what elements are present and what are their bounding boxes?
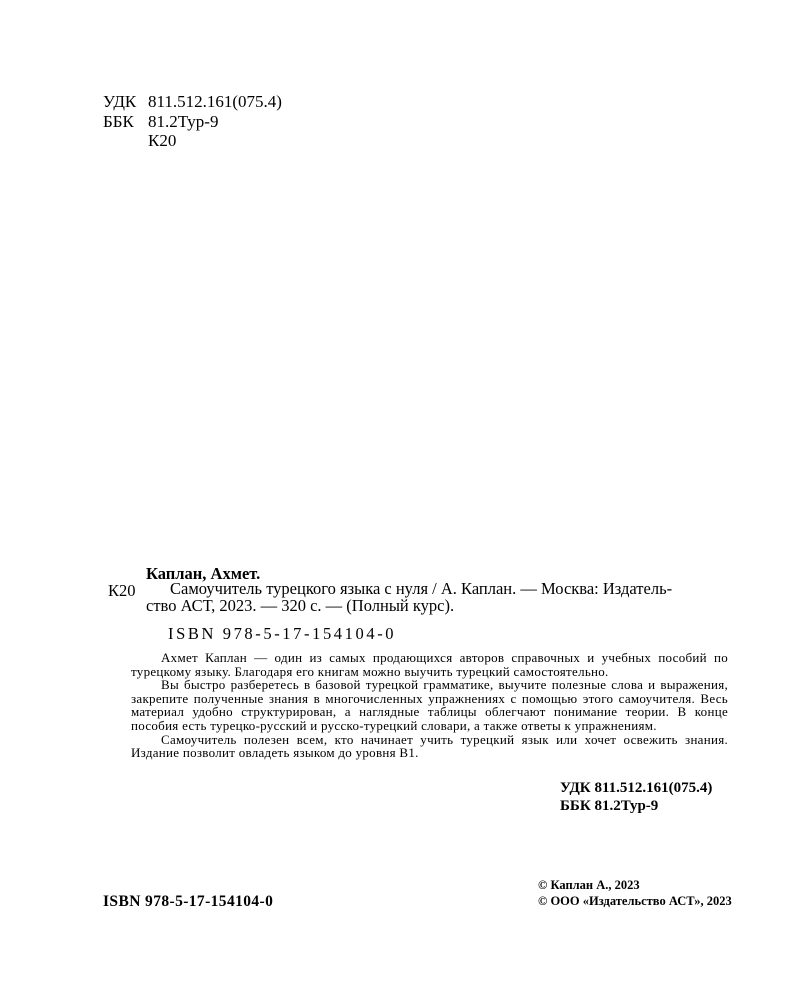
bbk-label: ББК (103, 112, 148, 132)
bbk-value: 81.2Тур-9 (148, 112, 218, 132)
copyright-author: © Каплан А., 2023 (538, 878, 732, 894)
udk-row: УДК 811.512.161(075.4) (103, 92, 282, 112)
author-sign-row: К20 (103, 131, 282, 151)
udk-label: УДК (103, 92, 148, 112)
udk-value: 811.512.161(075.4) (148, 92, 282, 112)
bbk-row: ББК 81.2Тур-9 (103, 112, 282, 132)
catalog-card-description: Самоучитель турецкого языка с нуля / А. … (146, 581, 730, 614)
annotation-paragraph-2: Вы быстро разберетесь в базовой турецкой… (131, 678, 728, 732)
footer-isbn: ISBN 978-5-17-154104-0 (103, 893, 273, 911)
annotation-block: Ахмет Каплан — один из самых продающихся… (131, 651, 728, 760)
bottom-classification-block: УДК 811.512.161(075.4) ББК 81.2Тур-9 (560, 780, 712, 815)
copyright-publisher: © ООО «Издательство АСТ», 2023 (538, 894, 732, 910)
book-imprint-page: УДК 811.512.161(075.4) ББК 81.2Тур-9 К20… (0, 0, 800, 1000)
annotation-paragraph-3: Самоучитель полезен всем, кто начинает у… (131, 733, 728, 760)
author-sign-spacer (103, 131, 148, 151)
top-classification-block: УДК 811.512.161(075.4) ББК 81.2Тур-9 К20 (103, 92, 282, 151)
bottom-udk: УДК 811.512.161(075.4) (560, 780, 712, 798)
author-sign: К20 (148, 131, 176, 151)
copyright-block: © Каплан А., 2023 © ООО «Издательство АС… (538, 878, 732, 909)
bottom-bbk: ББК 81.2Тур-9 (560, 798, 712, 816)
catalog-card-author-sign: К20 (108, 581, 136, 601)
annotation-paragraph-1: Ахмет Каплан — один из самых продающихся… (131, 651, 728, 678)
catalog-card-isbn: ISBN 978-5-17-154104-0 (168, 624, 396, 644)
catalog-card-description-line2: ство АСТ, 2023. — 320 с. — (Полный курс)… (146, 598, 730, 615)
